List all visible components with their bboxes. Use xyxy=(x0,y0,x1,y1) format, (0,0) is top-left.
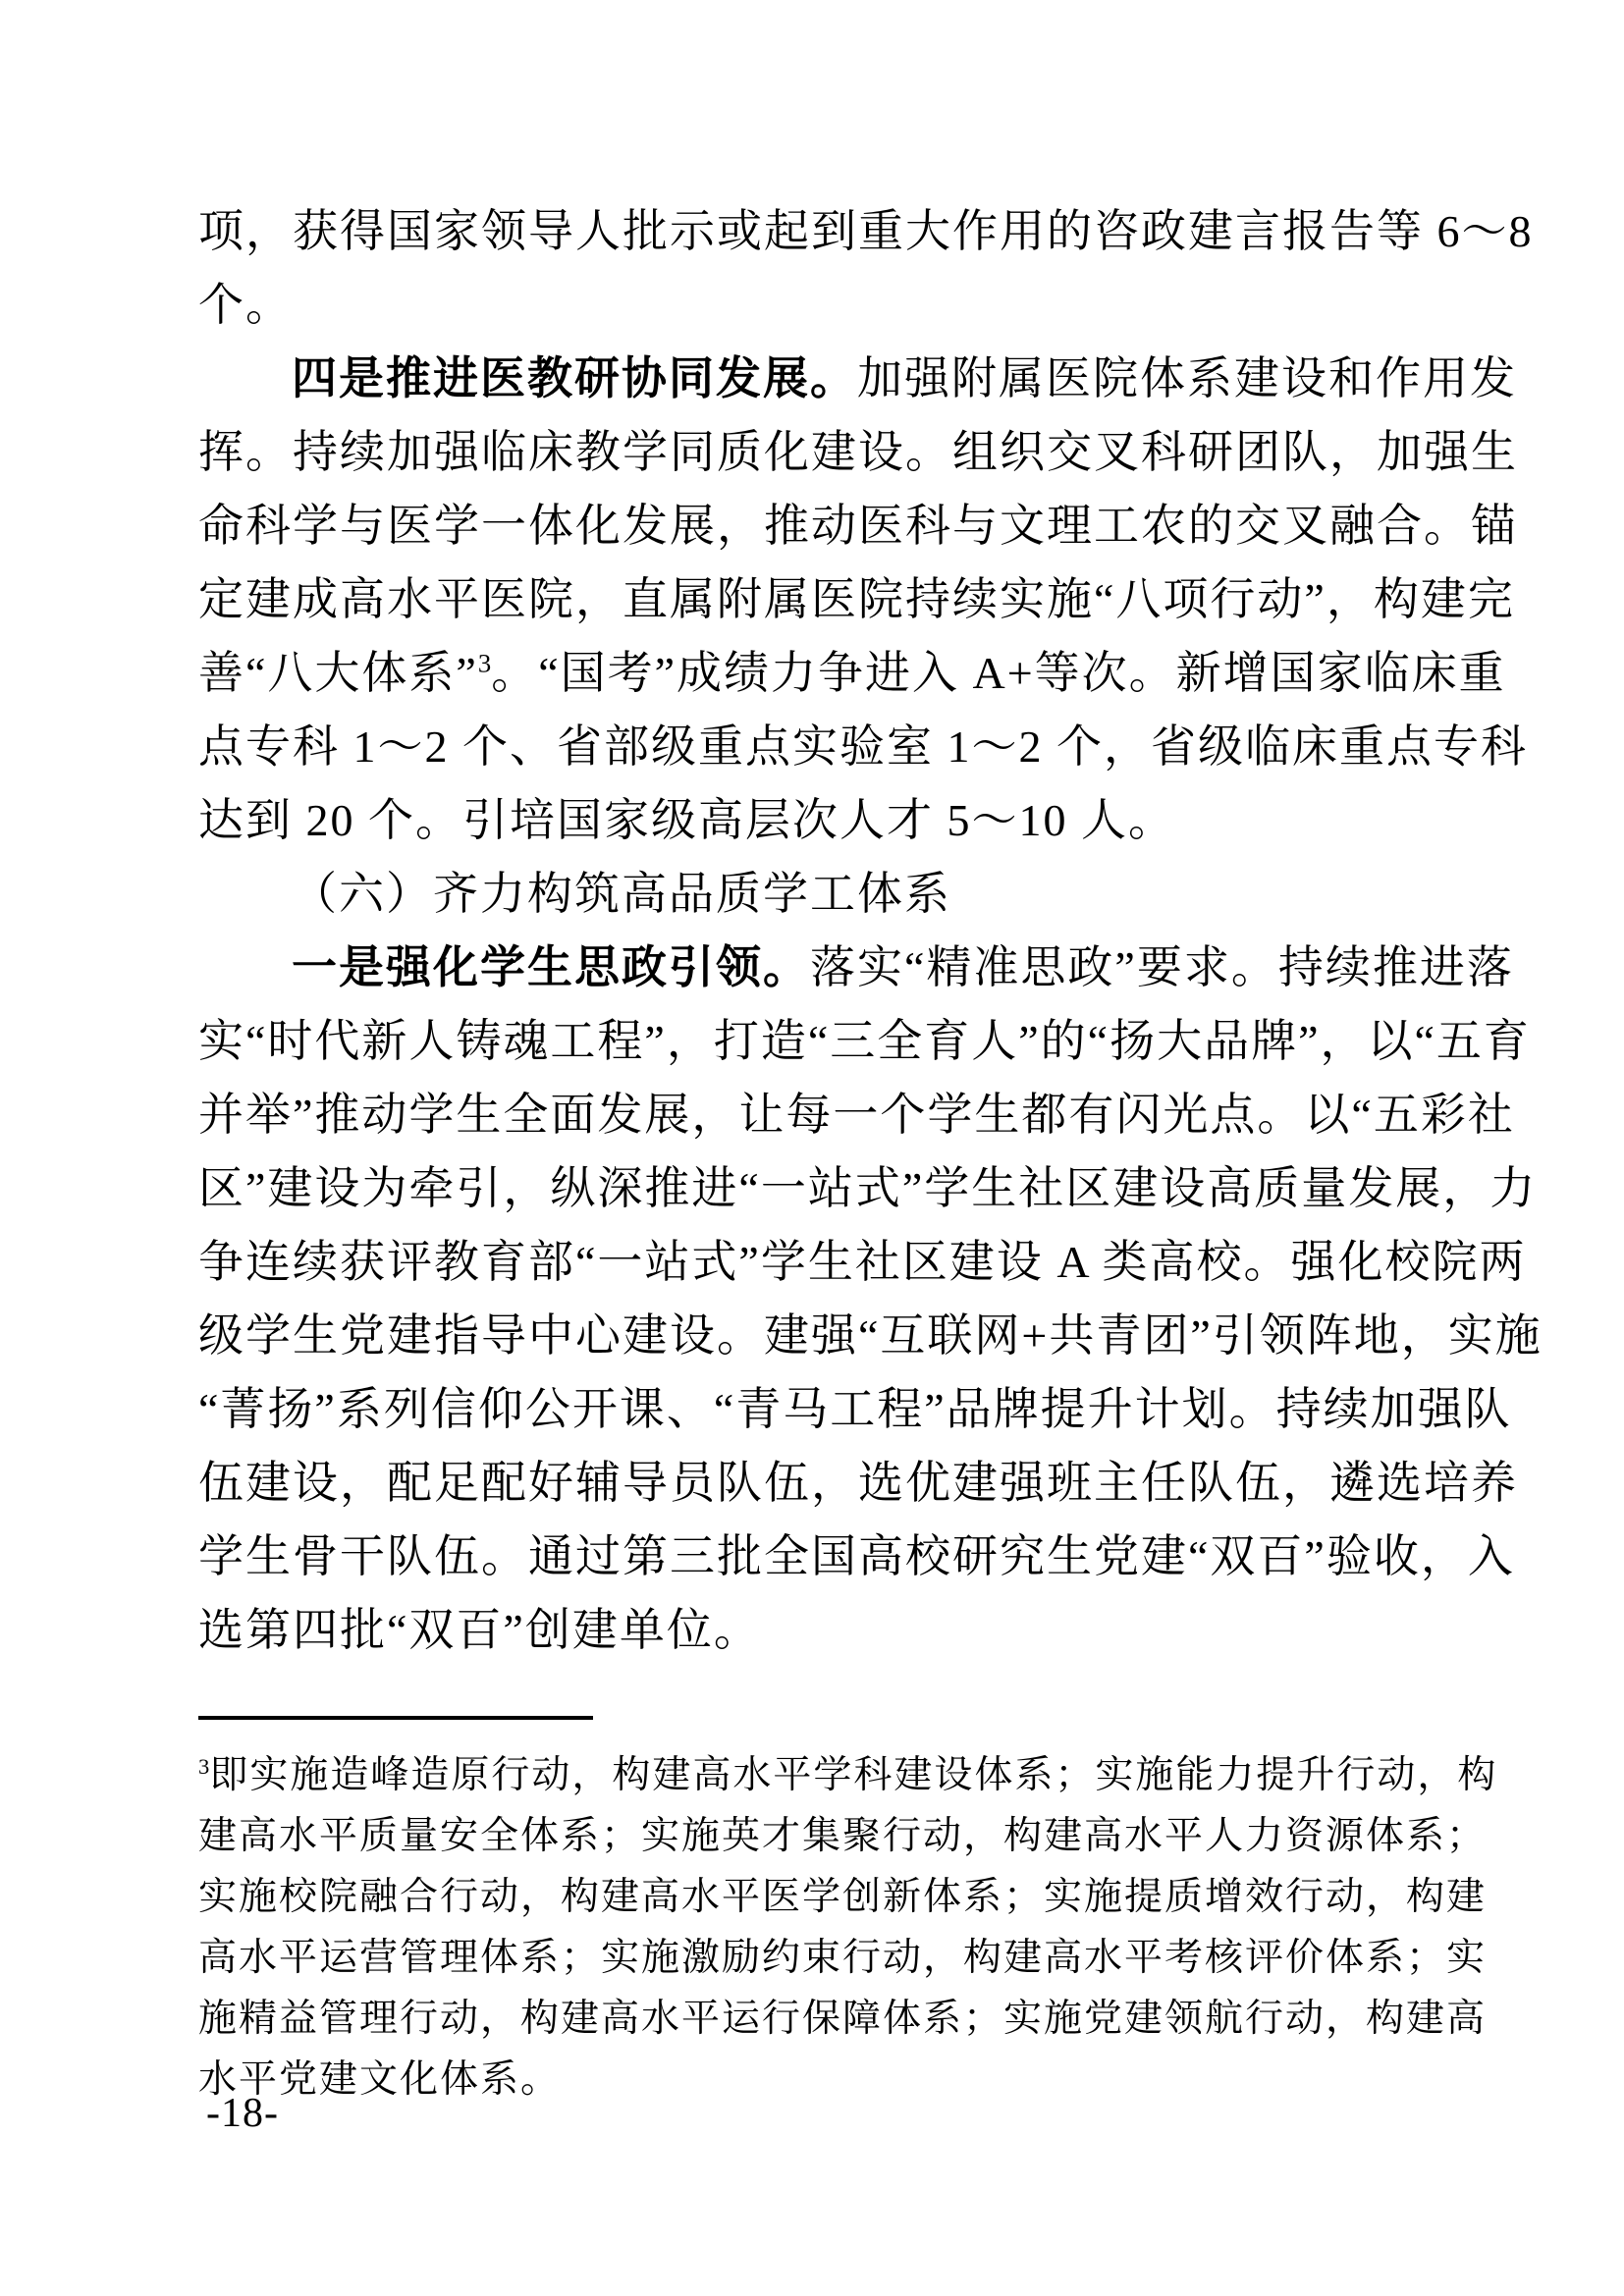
text-run: 个。 xyxy=(198,280,293,330)
text-run: 实施校院融合行动，构建高水平医学创新体系；实施提质增效行动，构建 xyxy=(198,1876,1487,1918)
text-line: 伍建设，配足配好辅导员队伍，选优建强班主任队伍，遴选培养 xyxy=(198,1446,1428,1520)
text-line: 并举”推动学生全面发展，让每一个学生都有闪光点。以“五彩社 xyxy=(198,1078,1428,1151)
text-run: 区”建设为牵引，纵深推进“一站式”学生社区建设高质量发展，力 xyxy=(198,1163,1537,1213)
text-run: 并举”推动学生全面发展，让每一个学生都有闪光点。以“五彩社 xyxy=(198,1090,1515,1140)
text-line: 区”建设为牵引，纵深推进“一站式”学生社区建设高质量发展，力 xyxy=(198,1151,1428,1225)
footnote: 3即实施造峰造原行动，构建高水平学科建设体系；实施能力提升行动，构建高水平质量安… xyxy=(198,1745,1428,2110)
text-run: 达到 20 个。引培国家级高层次人才 5～10 人。 xyxy=(198,795,1175,845)
text-line: 水平党建文化体系。 xyxy=(198,2050,1428,2110)
text-line: 建高水平质量安全体系；实施英才集聚行动，构建高水平人力资源体系； xyxy=(198,1806,1428,1867)
text-run: 落实“精准思政”要求。持续推进落 xyxy=(810,942,1514,992)
text-run: 学生骨干队伍。通过第三批全国高校研究生党建“双百”验收，入 xyxy=(198,1531,1515,1581)
text-line: 选第四批“双百”创建单位。 xyxy=(198,1593,1428,1667)
bold-text-run: 一是强化学生思政引领。 xyxy=(292,942,810,992)
text-run: 即实施造峰造原行动，构建高水平学科建设体系；实施能力提升行动，构 xyxy=(209,1754,1497,1796)
document-body: 项，获得国家领导人批示或起到重大作用的咨政建言报告等 6～8个。四是推进医教研协… xyxy=(198,194,1428,1667)
text-run: 点专科 1～2 个、省部级重点实验室 1～2 个，省级临床重点专科 xyxy=(198,721,1528,772)
text-run: 。“国考”成绩力争进入 A+等次。新增国家临床重 xyxy=(491,648,1506,698)
footnote-marker-superscript: 3 xyxy=(478,649,491,678)
text-line: 争连续获评教育部“一站式”学生社区建设 A 类高校。强化校院两 xyxy=(198,1225,1428,1299)
text-line: 个。 xyxy=(198,268,1428,342)
text-run: 高水平运营管理体系；实施激励约束行动，构建高水平考核评价体系；实 xyxy=(198,1937,1487,1979)
text-run: “菁扬”系列信仰公开课、“青马工程”品牌提升计划。持续加强队 xyxy=(198,1384,1512,1434)
text-line: （六）齐力构筑高品质学工体系 xyxy=(198,857,1428,931)
text-line: 3即实施造峰造原行动，构建高水平学科建设体系；实施能力提升行动，构 xyxy=(198,1745,1428,1806)
text-line: 善“八大体系”3。“国考”成绩力争进入 A+等次。新增国家临床重 xyxy=(198,636,1428,710)
text-run: 施精益管理行动，构建高水平运行保障体系；实施党建领航行动，构建高 xyxy=(198,1998,1487,2040)
text-line: 实施校院融合行动，构建高水平医学创新体系；实施提质增效行动，构建 xyxy=(198,1867,1428,1928)
text-line: 定建成高水平医院，直属附属医院持续实施“八项行动”，构建完 xyxy=(198,562,1428,636)
footnote-separator xyxy=(198,1716,593,1720)
text-line: 挥。持续加强临床教学同质化建设。组织交叉科研团队，加强生 xyxy=(198,415,1428,489)
text-line: 高水平运营管理体系；实施激励约束行动，构建高水平考核评价体系；实 xyxy=(198,1928,1428,1989)
text-line: 学生骨干队伍。通过第三批全国高校研究生党建“双百”验收，入 xyxy=(198,1520,1428,1593)
text-line: 实“时代新人铸魂工程”，打造“三全育人”的“扬大品牌”，以“五育 xyxy=(198,1004,1428,1078)
document-page: 项，获得国家领导人批示或起到重大作用的咨政建言报告等 6～8个。四是推进医教研协… xyxy=(0,0,1624,2296)
text-line: 命科学与医学一体化发展，推动医科与文理工农的交叉融合。锚 xyxy=(198,489,1428,562)
text-line: 项，获得国家领导人批示或起到重大作用的咨政建言报告等 6～8 xyxy=(198,194,1428,268)
text-line: 级学生党建指导中心建设。建强“互联网+共青团”引领阵地，实施 xyxy=(198,1299,1428,1372)
text-line: 施精益管理行动，构建高水平运行保障体系；实施党建领航行动，构建高 xyxy=(198,1989,1428,2050)
text-line: 四是推进医教研协同发展。加强附属医院体系建设和作用发 xyxy=(198,342,1428,415)
text-run: 加强附属医院体系建设和作用发 xyxy=(857,353,1517,403)
text-run: 实“时代新人铸魂工程”，打造“三全育人”的“扬大品牌”，以“五育 xyxy=(198,1016,1531,1066)
page-number: -18- xyxy=(206,2091,279,2136)
text-run: 善“八大体系” xyxy=(198,648,478,698)
text-run: 挥。持续加强临床教学同质化建设。组织交叉科研团队，加强生 xyxy=(198,427,1518,477)
text-run: 项，获得国家领导人批示或起到重大作用的咨政建言报告等 6～8 xyxy=(198,206,1534,256)
text-run: 定建成高水平医院，直属附属医院持续实施“八项行动”，构建完 xyxy=(198,574,1515,624)
text-run: 级学生党建指导中心建设。建强“互联网+共青团”引领阵地，实施 xyxy=(198,1310,1543,1361)
text-line: 点专科 1～2 个、省部级重点实验室 1～2 个，省级临床重点专科 xyxy=(198,710,1428,783)
text-run: 争连续获评教育部“一站式”学生社区建设 A 类高校。强化校院两 xyxy=(198,1237,1527,1287)
text-run: （六）齐力构筑高品质学工体系 xyxy=(292,869,951,919)
bold-text-run: 四是推进医教研协同发展。 xyxy=(292,353,857,403)
footnote-marker-superscript: 3 xyxy=(198,1754,209,1779)
text-line: “菁扬”系列信仰公开课、“青马工程”品牌提升计划。持续加强队 xyxy=(198,1372,1428,1446)
text-line: 一是强化学生思政引领。落实“精准思政”要求。持续推进落 xyxy=(198,931,1428,1004)
text-run: 命科学与医学一体化发展，推动医科与文理工农的交叉融合。锚 xyxy=(198,501,1518,551)
text-run: 选第四批“双百”创建单位。 xyxy=(198,1605,761,1655)
text-run: 建高水平质量安全体系；实施英才集聚行动，构建高水平人力资源体系； xyxy=(198,1815,1487,1857)
text-run: 伍建设，配足配好辅导员队伍，选优建强班主任队伍，遴选培养 xyxy=(198,1458,1518,1508)
text-line: 达到 20 个。引培国家级高层次人才 5～10 人。 xyxy=(198,783,1428,857)
